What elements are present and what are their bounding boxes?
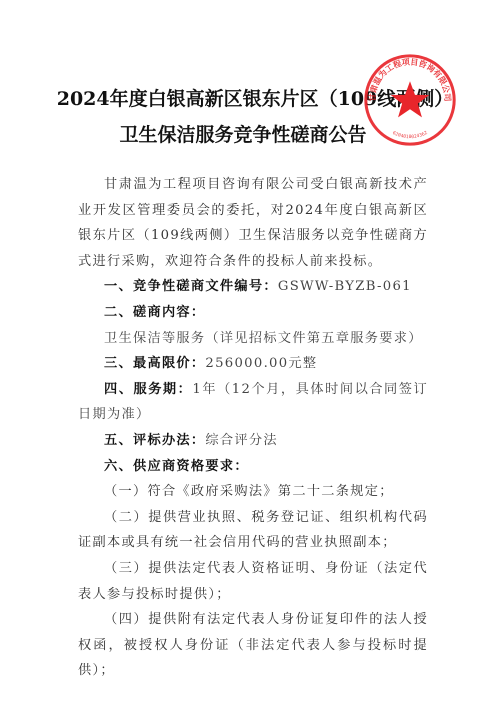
requirement-item: （三）提供法定代表人资格证明、身份证（法定代表人参与投标时提供）； [78,556,428,607]
section-heading: 四、服务期： [104,382,192,397]
section-evaluation-method: 五、评标办法：综合评分法 [78,428,428,454]
section-content-detail: 卫生保洁等服务（详见招标文件第五章服务要求） [78,326,428,352]
section-heading: 三、最高限价： [104,356,205,371]
section-content: 二、磋商内容： [78,300,428,326]
section-heading: 一、竞争性磋商文件编号： [104,279,278,294]
document-page: 2024年度白银高新区银东片区（109线两侧） 卫生保洁服务竞争性磋商公告 甘肃… [0,0,500,706]
section-value: 卫生保洁等服务（详见招标文件第五章服务要求） [104,331,423,346]
section-heading: 二、磋商内容： [104,305,205,320]
svg-text:6204010024362: 6204010024362 [391,130,428,140]
section-service-period: 四、服务期：1年（12个月，具体时间以合同签订日期为准） [78,377,428,428]
section-heading: 五、评标办法： [104,433,205,448]
section-max-price: 三、最高限价：256000.00元整 [78,351,428,377]
section-value: GSWW-BYZB-061 [278,279,412,294]
section-qualifications: 六、供应商资格要求： [78,454,428,480]
section-value: 256000.00元整 [205,356,317,371]
requirement-item: （二）提供营业执照、税务登记证、组织机构代码证副本或具有统一社会信用代码的营业执… [78,505,428,556]
section-doc-number: 一、竞争性磋商文件编号：GSWW-BYZB-061 [78,274,428,300]
requirement-item: （一）符合《政府采购法》第二十二条规定； [78,479,428,505]
requirement-item: （四）提供附有法定代表人身份证复印件的法人授权函，被授权人身份证（非法定代表人参… [78,607,428,684]
intro-paragraph: 甘肃温为工程项目咨询有限公司受白银高新技术产业开发区管理委员会的委托，对2024… [78,172,428,274]
section-heading: 六、供应商资格要求： [104,459,249,474]
section-value: 综合评分法 [205,433,277,448]
document-body: 甘肃温为工程项目咨询有限公司受白银高新技术产业开发区管理委员会的委托，对2024… [78,172,428,684]
red-star-seal-icon: 甘肃温为工程项目咨询有限公司 6204010024362 [363,53,457,147]
